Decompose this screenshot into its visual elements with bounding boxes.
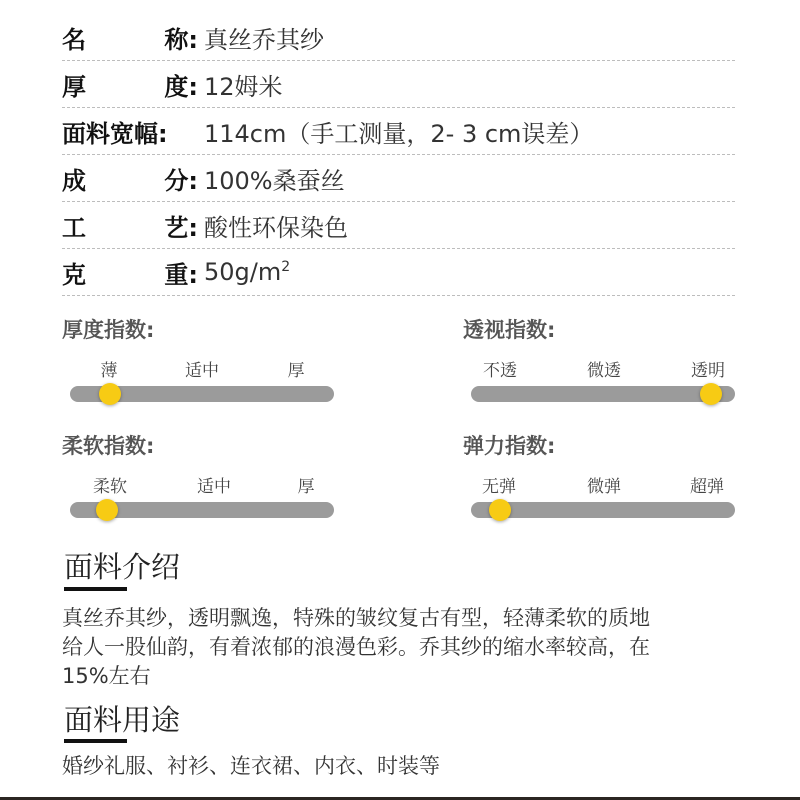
spec-value: 12姆米 bbox=[204, 67, 283, 102]
spec-label-char: 面料宽幅: bbox=[62, 114, 168, 149]
usage-title: 面料用途 bbox=[64, 698, 180, 739]
gauge-tick: 无弹 bbox=[482, 472, 516, 497]
spec-table: 名 称: 真丝乔其纱 厚 度: 12姆米 面料宽幅: 114cm（手工测量，2-… bbox=[62, 14, 735, 296]
intro-body: 真丝乔其纱，透明飘逸，特殊的皱纹复古有型，轻薄柔软的质地 给人一股仙韵，有着浓郁… bbox=[62, 604, 752, 691]
gauge-tick: 透明 bbox=[691, 356, 725, 381]
intro-line: 15%左右 bbox=[62, 662, 752, 691]
gauge-ticks: 不透 微透 透明 bbox=[463, 356, 763, 382]
spec-value: 100%桑蚕丝 bbox=[204, 161, 345, 196]
gauge-track bbox=[471, 502, 735, 518]
spec-value: 50g/m2 bbox=[204, 258, 290, 286]
spec-row-process: 工 艺: 酸性环保染色 bbox=[62, 202, 735, 249]
spec-row-composition: 成 分: 100%桑蚕丝 bbox=[62, 155, 735, 202]
gauge-title: 透视指数: bbox=[463, 314, 763, 344]
spec-label-char: 名 bbox=[62, 20, 86, 55]
spec-label: 工 艺: bbox=[62, 208, 204, 243]
spec-label-char: 重: bbox=[164, 255, 198, 290]
spec-label: 厚 度: bbox=[62, 67, 204, 102]
spec-label: 成 分: bbox=[62, 161, 204, 196]
gauge-tick: 适中 bbox=[197, 472, 231, 497]
gauge-tick: 超弹 bbox=[690, 472, 724, 497]
gauge-transparency: 透视指数: 不透 微透 透明 bbox=[463, 314, 763, 382]
spec-value-text: 50g/m bbox=[204, 258, 281, 286]
spec-value: 酸性环保染色 bbox=[204, 208, 348, 243]
gauge-title: 弹力指数: bbox=[463, 430, 763, 460]
gauge-tick: 厚 bbox=[298, 472, 315, 497]
gauge-track bbox=[471, 386, 735, 402]
spec-value: 真丝乔其纱 bbox=[204, 20, 324, 55]
spec-row-name: 名 称: 真丝乔其纱 bbox=[62, 14, 735, 61]
gauge-thickness: 厚度指数: 薄 适中 厚 bbox=[62, 314, 362, 382]
spec-label-char: 度: bbox=[164, 67, 198, 102]
usage-underline bbox=[64, 739, 127, 743]
gauge-tick: 适中 bbox=[185, 356, 219, 381]
intro-underline bbox=[64, 587, 127, 591]
spec-label-char: 成 bbox=[62, 161, 86, 196]
spec-label: 名 称: bbox=[62, 20, 204, 55]
usage-body: 婚纱礼服、衬衫、连衣裙、内衣、时装等 bbox=[62, 752, 752, 781]
gauge-knob bbox=[489, 499, 511, 521]
gauge-track bbox=[70, 386, 334, 402]
intro-line: 给人一股仙韵，有着浓郁的浪漫色彩。乔其纱的缩水率较高，在 bbox=[62, 633, 752, 662]
gauge-softness: 柔软指数: 柔软 适中 厚 bbox=[62, 430, 362, 498]
gauge-tick: 不透 bbox=[483, 356, 517, 381]
gauge-knob bbox=[700, 383, 722, 405]
spec-label-char: 厚 bbox=[62, 67, 86, 102]
gauge-tick: 微透 bbox=[587, 356, 621, 381]
superscript: 2 bbox=[281, 259, 290, 275]
spec-value: 114cm（手工测量，2- 3 cm误差） bbox=[204, 114, 593, 149]
gauge-ticks: 无弹 微弹 超弹 bbox=[463, 472, 763, 498]
spec-label-char: 称: bbox=[164, 20, 198, 55]
gauge-title: 厚度指数: bbox=[62, 314, 362, 344]
spec-row-weight: 克 重: 50g/m2 bbox=[62, 249, 735, 296]
gauge-tick: 微弹 bbox=[587, 472, 621, 497]
gauge-tick: 柔软 bbox=[93, 472, 127, 497]
intro-title: 面料介绍 bbox=[64, 545, 180, 586]
gauge-ticks: 薄 适中 厚 bbox=[62, 356, 362, 382]
spec-label: 面料宽幅: bbox=[62, 114, 204, 149]
spec-label-char: 克 bbox=[62, 255, 86, 290]
gauge-tick: 薄 bbox=[101, 356, 118, 381]
spec-label-char: 艺: bbox=[164, 208, 198, 243]
spec-label: 克 重: bbox=[62, 255, 204, 290]
gauge-ticks: 柔软 适中 厚 bbox=[62, 472, 362, 498]
gauge-elasticity: 弹力指数: 无弹 微弹 超弹 bbox=[463, 430, 763, 498]
spec-label-char: 分: bbox=[164, 161, 198, 196]
gauge-tick: 厚 bbox=[288, 356, 305, 381]
gauge-knob bbox=[99, 383, 121, 405]
gauge-knob bbox=[96, 499, 118, 521]
spec-row-thickness: 厚 度: 12姆米 bbox=[62, 61, 735, 108]
spec-label-char: 工 bbox=[62, 208, 86, 243]
gauge-track bbox=[70, 502, 334, 518]
intro-line: 真丝乔其纱，透明飘逸，特殊的皱纹复古有型，轻薄柔软的质地 bbox=[62, 604, 752, 633]
gauge-title: 柔软指数: bbox=[62, 430, 362, 460]
spec-row-width: 面料宽幅: 114cm（手工测量，2- 3 cm误差） bbox=[62, 108, 735, 155]
